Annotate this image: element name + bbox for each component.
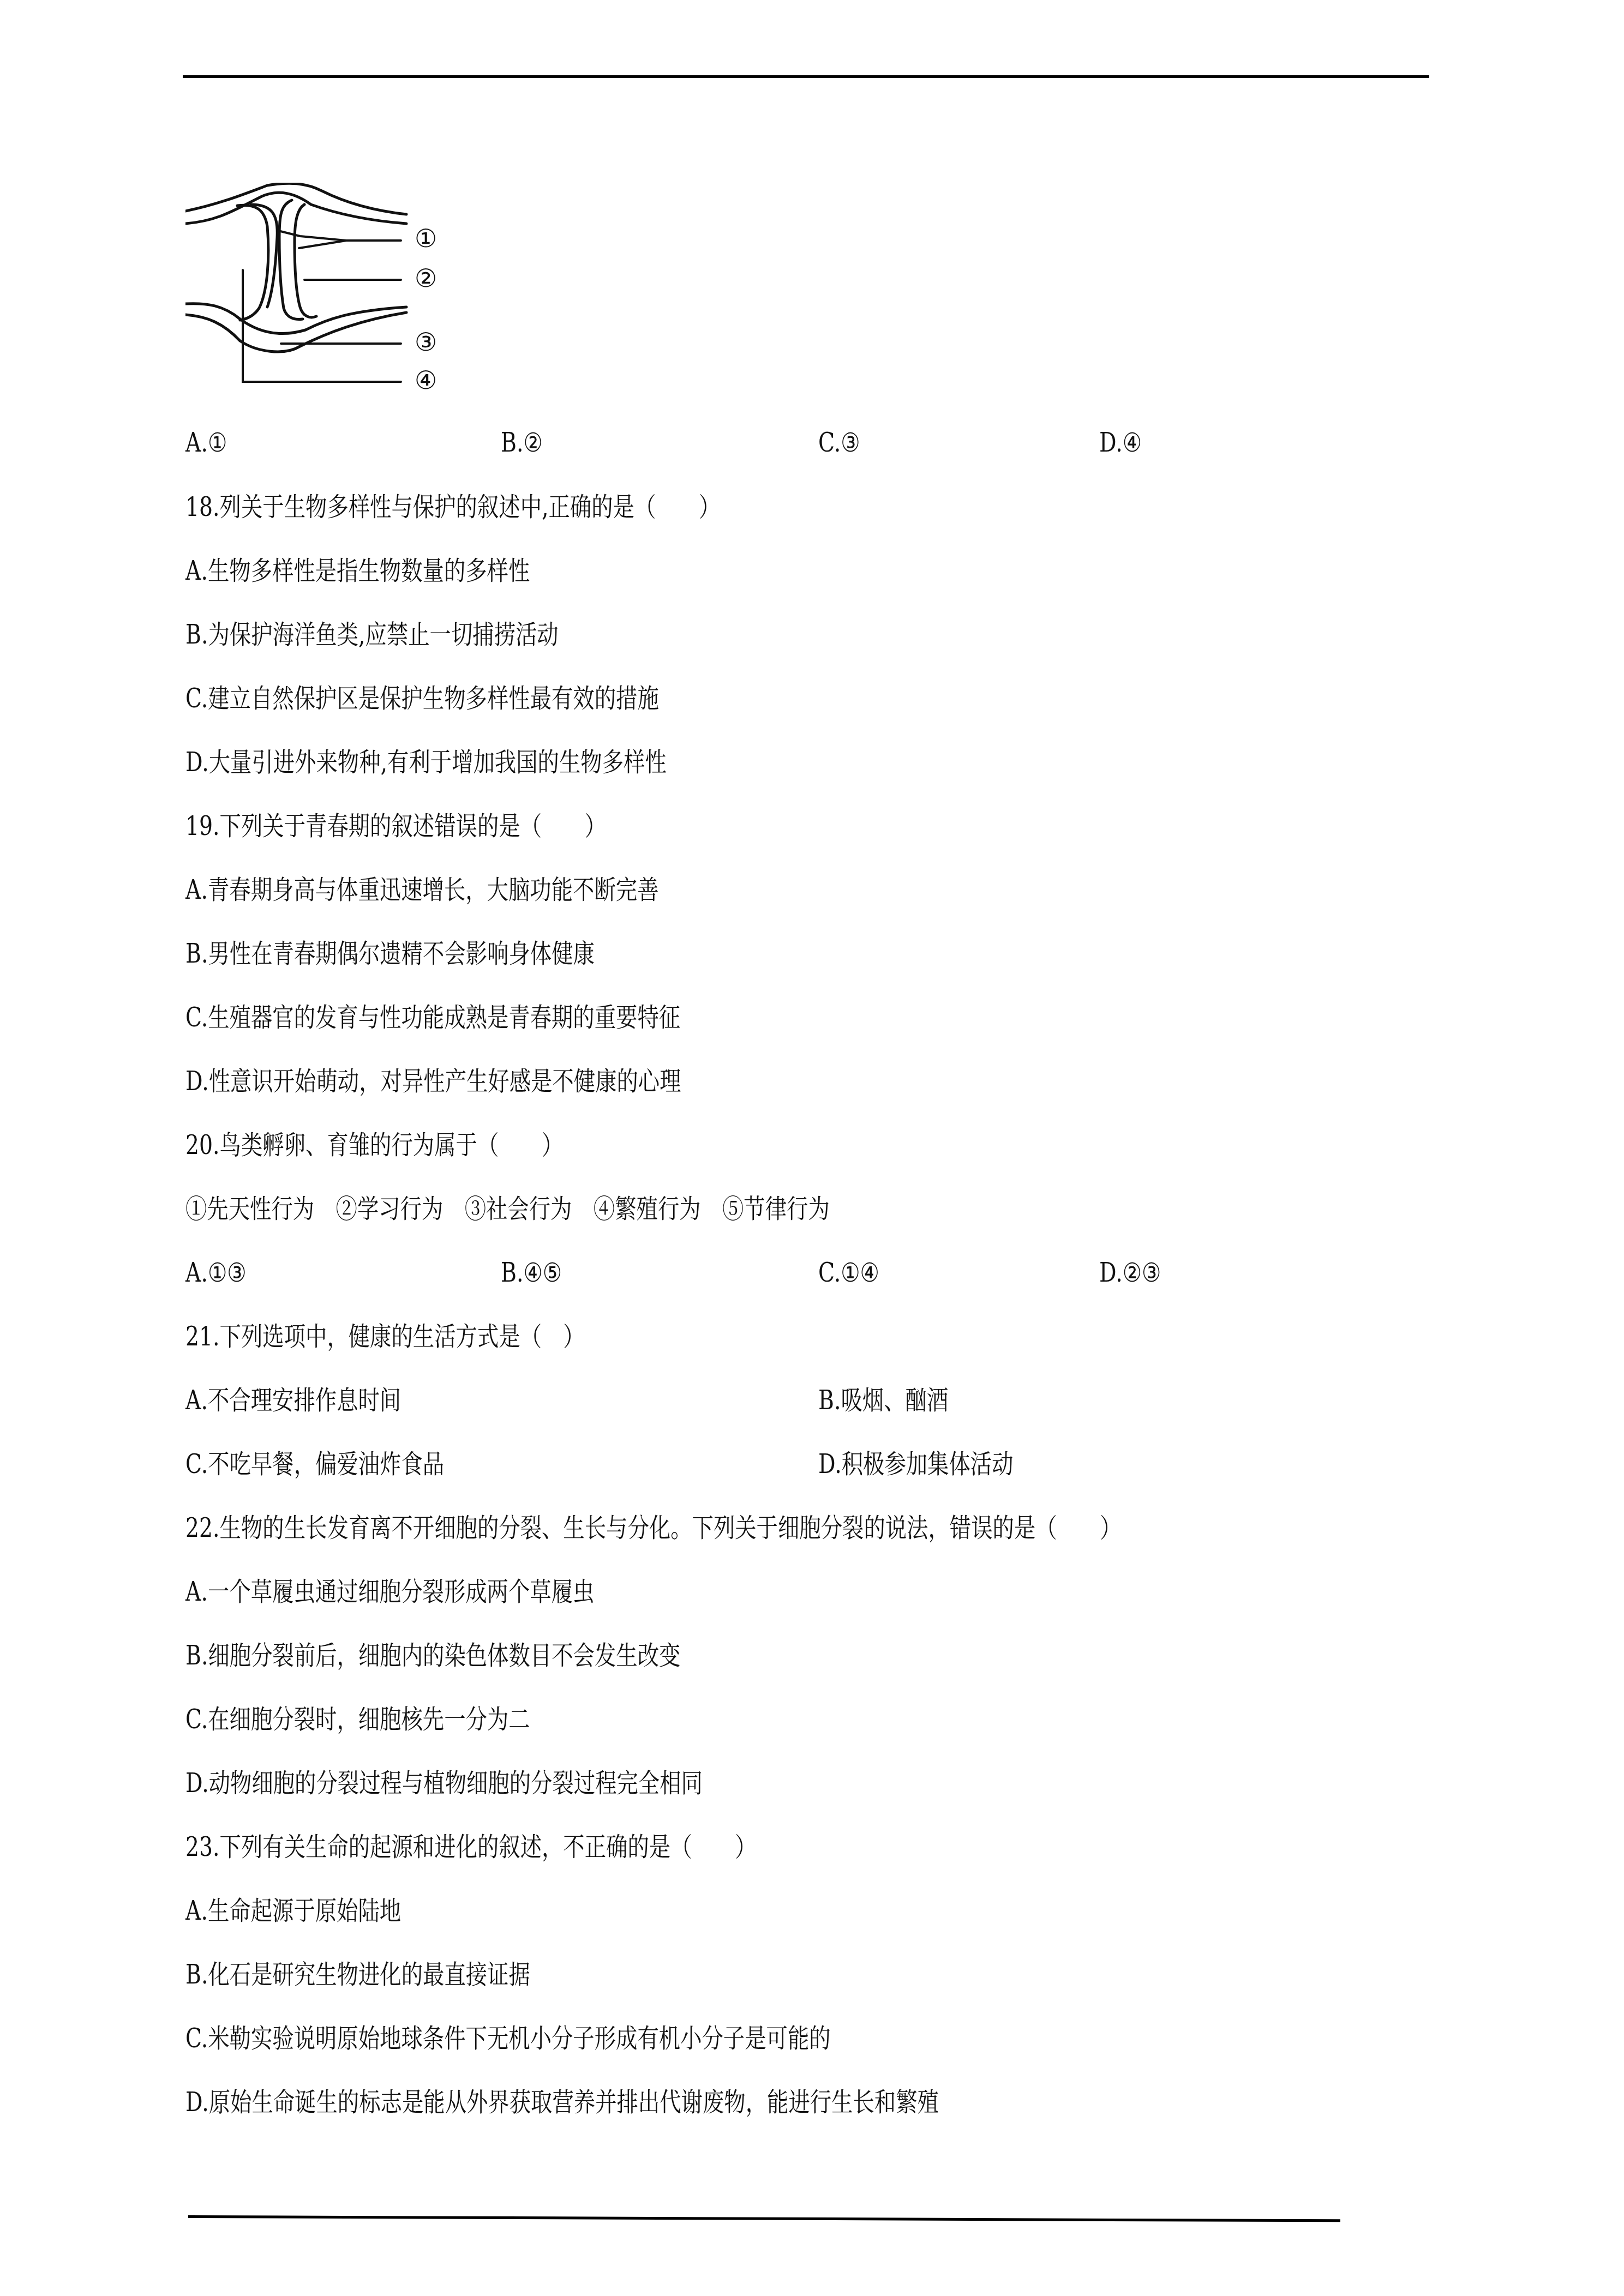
q23-option-a[interactable]: A.生命起源于原始陆地 <box>185 1895 401 1927</box>
q18-option-a[interactable]: A.生物多样性是指生物数量的多样性 <box>185 555 530 587</box>
q22-stem: 22.生物的生长发育离不开细胞的分裂、生长与分化。下列关于细胞分裂的说法，错误的… <box>185 1512 1122 1544</box>
q17-option-a[interactable]: A.① <box>185 426 227 459</box>
q23-option-d[interactable]: D.原始生命诞生的标志是能从外界获取营养并排出代谢废物，能进行生长和繁殖 <box>185 2086 939 2119</box>
q21-option-a[interactable]: A.不合理安排作息时间 <box>185 1384 401 1417</box>
q23-option-b[interactable]: B.化石是研究生物进化的最直接证据 <box>185 1958 530 1991</box>
q22-option-b[interactable]: B.细胞分裂前后，细胞内的染色体数目不会发生改变 <box>185 1639 680 1672</box>
q17-option-b[interactable]: B.② <box>501 426 543 459</box>
q20-option-c[interactable]: C.①④ <box>818 1257 879 1289</box>
figure-label-4: ④ <box>415 365 437 395</box>
figure-label-2: ② <box>415 263 437 293</box>
q22-option-c[interactable]: C.在细胞分裂时，细胞核先一分为二 <box>185 1703 530 1736</box>
q19-option-a[interactable]: A.青春期身高与体重迅速增长，大脑功能不断完善 <box>185 874 659 906</box>
q20-option-b[interactable]: B.④⑤ <box>501 1257 562 1289</box>
q19-option-b[interactable]: B.男性在青春期偶尔遗精不会影响身体健康 <box>185 937 595 970</box>
q18-stem: 18.列关于生物多样性与保护的叙述中,正确的是（ ） <box>185 491 720 524</box>
q21-option-d[interactable]: D.积极参加集体活动 <box>818 1448 1014 1481</box>
q19-option-d[interactable]: D.性意识开始萌动，对异性产生好感是不健康的心理 <box>185 1065 681 1098</box>
q18-option-d[interactable]: D.大量引进外来物种,有利于增加我国的生物多样性 <box>185 746 667 779</box>
joint-diagram: ① ② ③ ④ <box>185 183 491 398</box>
q20-stem: 20.鸟类孵卵、育雏的行为属于（ ） <box>185 1129 563 1162</box>
q23-stem: 23.下列有关生命的起源和进化的叙述，不正确的是（ ） <box>185 1831 757 1864</box>
q18-option-c[interactable]: C.建立自然保护区是保护生物多样性最有效的措施 <box>185 682 659 715</box>
q21-stem: 21.下列选项中，健康的生活方式是（ ） <box>185 1320 585 1353</box>
q21-option-b[interactable]: B.吸烟、酗酒 <box>818 1384 948 1417</box>
q22-option-d[interactable]: D.动物细胞的分裂过程与植物细胞的分裂过程完全相同 <box>185 1767 703 1800</box>
q19-stem: 19.下列关于青春期的叙述错误的是（ ） <box>185 810 606 843</box>
q20-option-a[interactable]: A.①③ <box>185 1257 247 1289</box>
q23-option-c[interactable]: C.米勒实验说明原始地球条件下无机小分子形成有机小分子是可能的 <box>185 2022 831 2055</box>
q21-option-c[interactable]: C.不吃早餐，偏爱油炸食品 <box>185 1448 444 1481</box>
footer-rule <box>188 2215 1340 2222</box>
q17-option-d[interactable]: D.④ <box>1099 426 1142 459</box>
q20-choices: ①先天性行为 ②学习行为 ③社会行为 ④繁殖行为 ⑤节律行为 <box>185 1193 830 1225</box>
q22-option-a[interactable]: A.一个草履虫通过细胞分裂形成两个草履虫 <box>185 1576 594 1608</box>
q20-option-d[interactable]: D.②③ <box>1099 1257 1161 1289</box>
q17-option-c[interactable]: C.③ <box>818 426 860 459</box>
figure-label-3: ③ <box>415 327 437 357</box>
q18-option-b[interactable]: B.为保护海洋鱼类,应禁止一切捕捞活动 <box>185 618 559 651</box>
q19-option-c[interactable]: C.生殖器官的发育与性功能成熟是青春期的重要特征 <box>185 1001 680 1034</box>
header-rule <box>183 75 1429 78</box>
figure-label-1: ① <box>415 224 437 253</box>
